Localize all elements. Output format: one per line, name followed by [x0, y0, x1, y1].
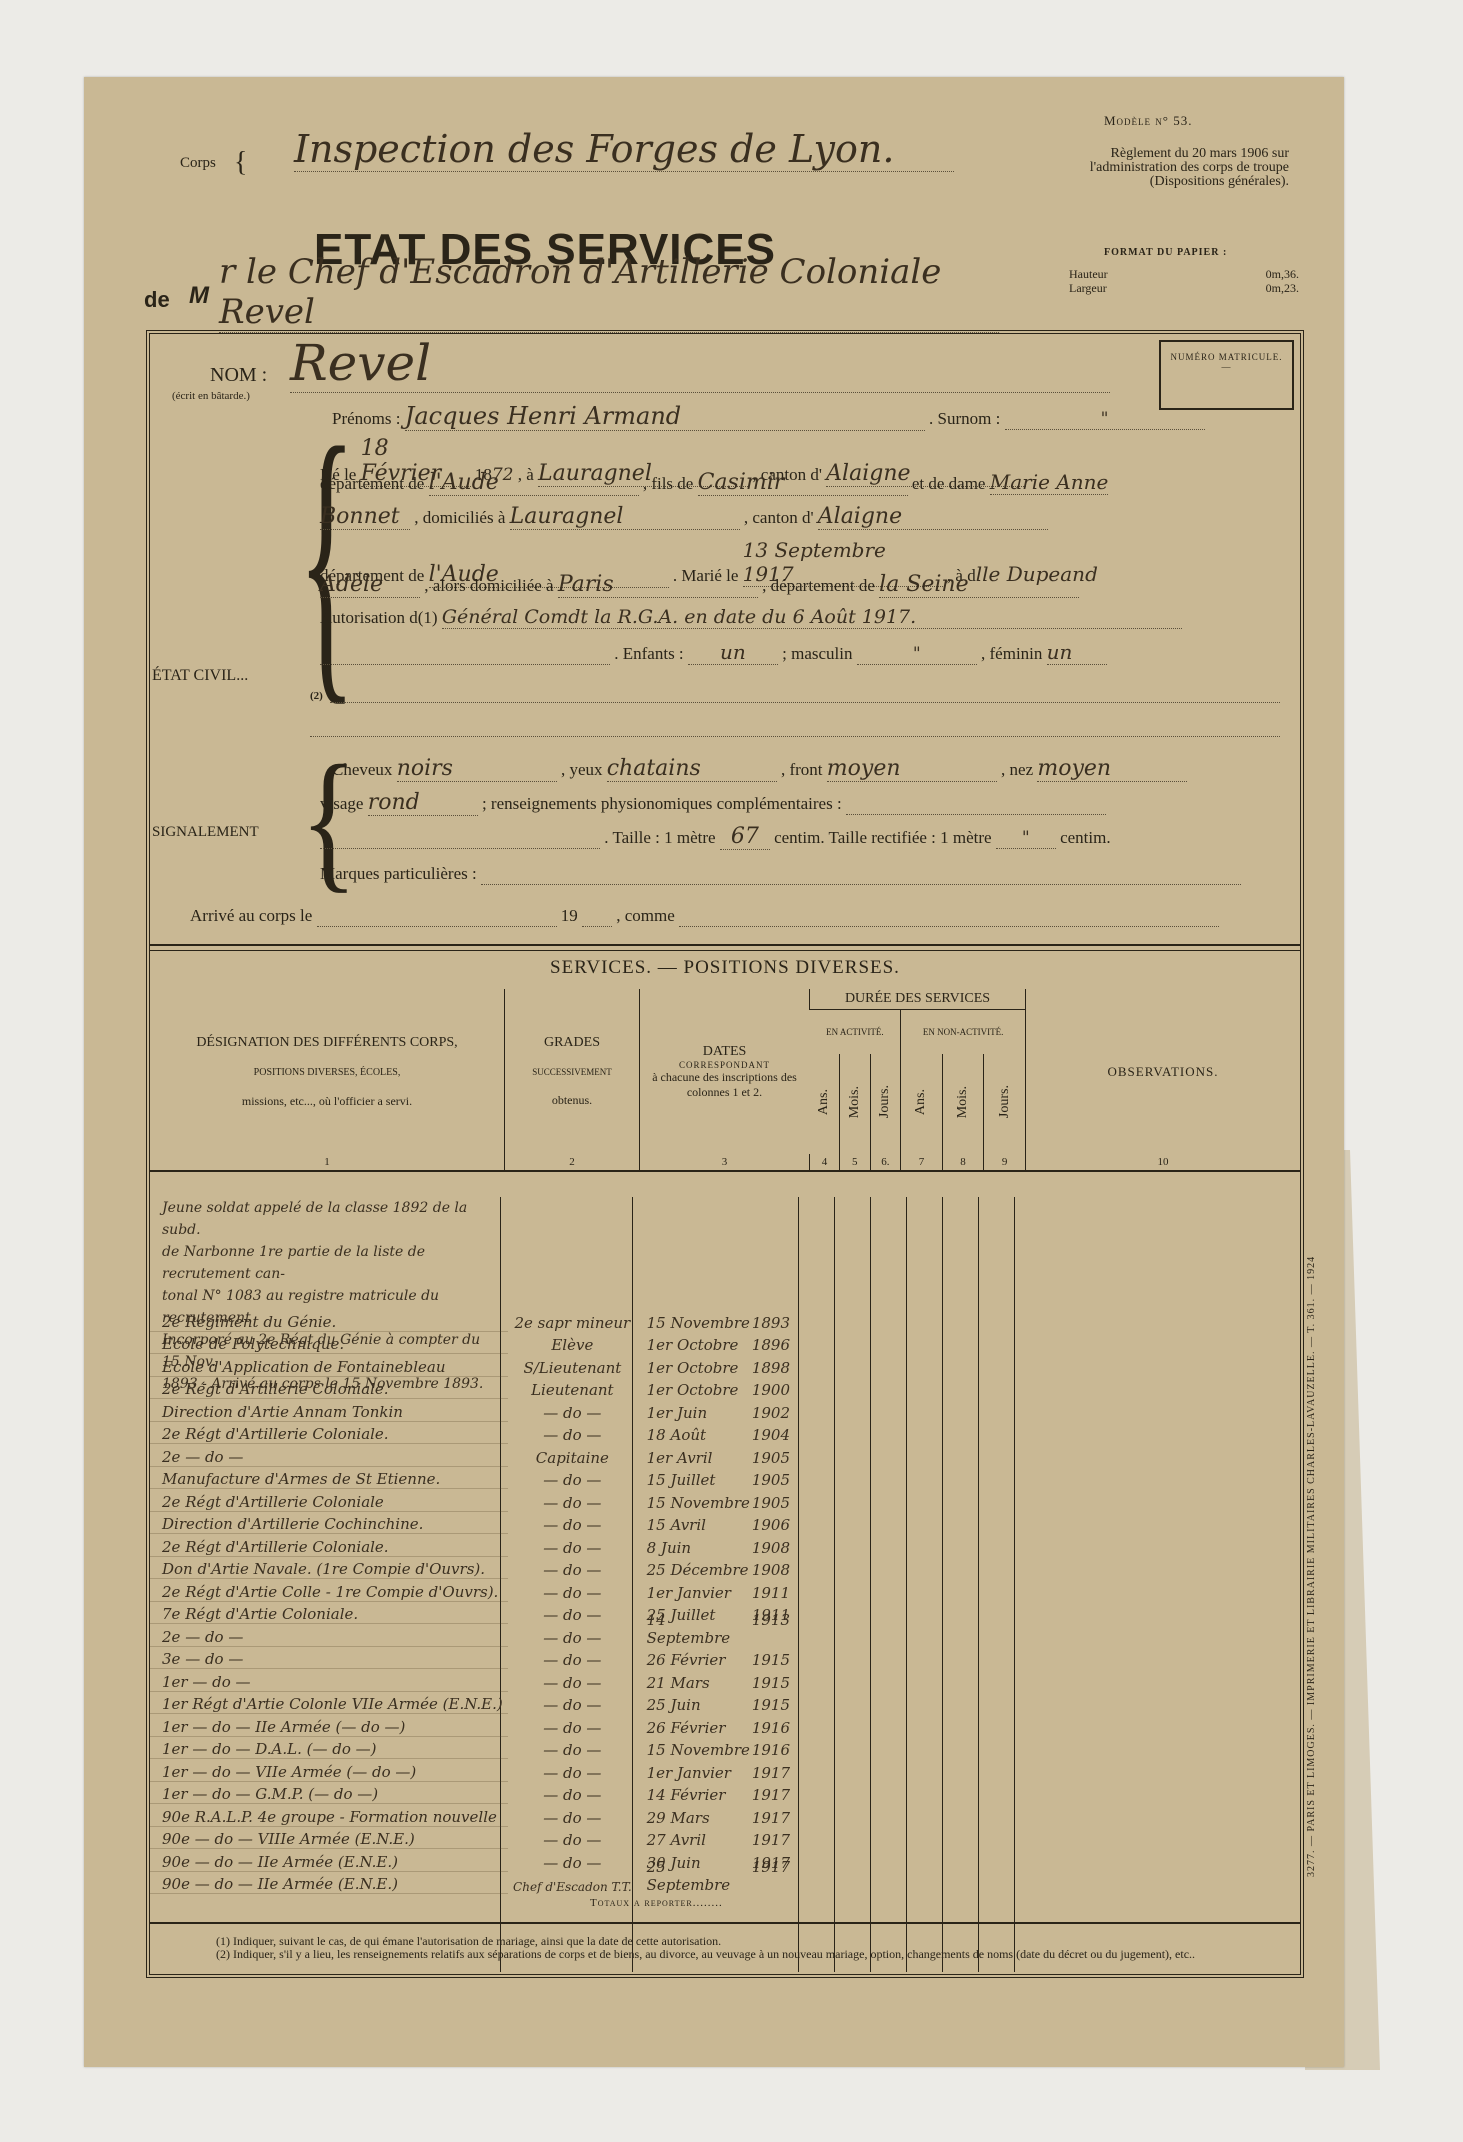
footnotes: (1) Indiquer, suivant le cas, de qui éma… — [176, 1935, 1406, 1961]
col-num: 6. — [870, 1154, 901, 1171]
col2-sub: SUCCESSIVEMENT — [507, 1067, 637, 1077]
column-divider — [834, 1197, 835, 1972]
table-row: Ecole d'Application de FontainebleauS/Li… — [150, 1354, 800, 1377]
table-row: 1er — do — IIe Armée (— do —)— do —26 Fé… — [150, 1714, 800, 1737]
col1-sub2: missions, etc..., où l'officier a servi. — [152, 1094, 502, 1109]
table-row: Direction d'Artillerie Cochinchine.— do … — [150, 1512, 800, 1535]
observations-header: OBSERVATIONS. — [1026, 989, 1301, 1154]
col-num: 7 — [901, 1154, 943, 1171]
table-row: 2e Régt d'Artillerie Coloniale.— do —18 … — [150, 1422, 800, 1445]
table-row: 2e Régiment du Génie.2e sapr mineur15 No… — [150, 1309, 800, 1332]
col2-sub2: obtenus. — [507, 1093, 637, 1108]
column-divider — [1014, 1197, 1015, 1972]
services-section: SERVICES. — POSITIONS DIVERSES. DÉSIGNAT… — [150, 77, 1300, 2067]
totaux-label: Totaux a reporter........ — [590, 1897, 723, 1909]
col-num: 3 — [640, 1154, 810, 1171]
table-row: 1er — do —— do —21 Mars1915 — [150, 1669, 800, 1692]
col2-header: GRADES SUCCESSIVEMENT obtenus. — [505, 989, 640, 1154]
col-num: 4 — [810, 1154, 840, 1171]
document-sheet: Corps { Inspection des Forges de Lyon. M… — [84, 77, 1344, 2067]
printer-imprint: 3277. — PARIS ET LIMOGES. — IMPRIMERIE E… — [1306, 977, 1317, 1877]
mois-header: Mois. — [839, 1054, 870, 1154]
col-num: 2 — [505, 1154, 640, 1171]
duree-header: DURÉE DES SERVICES — [810, 989, 1026, 1010]
jours-header: Jours. — [984, 1054, 1026, 1154]
table-row: Don d'Artie Navale. (1re Compie d'Ouvrs)… — [150, 1557, 800, 1580]
ans-header: Ans. — [810, 1054, 840, 1154]
jours-header: Jours. — [870, 1054, 901, 1154]
col1-title: DÉSIGNATION DES DIFFÉRENTS CORPS, — [152, 1035, 502, 1051]
col3-title: DATES — [642, 1044, 807, 1060]
table-row: Ecole de Polytechnique.Elève1er Octobre1… — [150, 1332, 800, 1355]
ans-header: Ans. — [901, 1054, 943, 1154]
col-num: 9 — [984, 1154, 1026, 1171]
table-row: 3e — do —— do —26 Février1915 — [150, 1647, 800, 1670]
table-row: 2e — do —— do —14 Septembre1913 — [150, 1624, 800, 1647]
table-row: 1er — do — VIIe Armée (— do —)— do —1er … — [150, 1759, 800, 1782]
col3-sub2: à chacune des inscriptions des colonnes … — [642, 1070, 807, 1100]
non-activite-header: EN NON-ACTIVITÉ. — [901, 1010, 1026, 1055]
column-divider — [870, 1197, 871, 1972]
table-row: 2e Régt d'Artillerie Coloniale.— do —8 J… — [150, 1534, 800, 1557]
col1-header: DÉSIGNATION DES DIFFÉRENTS CORPS, POSITI… — [150, 989, 505, 1154]
column-divider — [942, 1197, 943, 1972]
col1-sub: POSITIONS DIVERSES, ÉCOLES, — [152, 1067, 502, 1078]
table-row: 2e Régt d'Artillerie Coloniale— do —15 N… — [150, 1489, 800, 1512]
service-rows: 2e Régiment du Génie.2e sapr mineur15 No… — [150, 1309, 800, 1894]
table-row: Direction d'Artie Annam Tonkin— do —1er … — [150, 1399, 800, 1422]
services-title: SERVICES. — POSITIONS DIVERSES. — [150, 957, 1300, 979]
col-num: 5 — [839, 1154, 870, 1171]
activite-header: EN ACTIVITÉ. — [810, 1010, 901, 1055]
table-row: 90e — do — IIe Armée (E.N.E.)Chef d'Esca… — [150, 1872, 800, 1895]
table-row: 2e Régt d'Artie Colle - 1re Compie d'Ouv… — [150, 1579, 800, 1602]
table-row: 90e — do — VIIIe Armée (E.N.E.)— do —27 … — [150, 1827, 800, 1850]
column-divider — [906, 1197, 907, 1972]
col2-title: GRADES — [507, 1035, 637, 1051]
services-table-header: DÉSIGNATION DES DIFFÉRENTS CORPS, POSITI… — [150, 989, 1300, 1172]
col-num: 1 — [150, 1154, 505, 1171]
col3-sub: CORRESPONDANT — [642, 1060, 807, 1070]
table-row: 2e — do —Capitaine1er Avril1905 — [150, 1444, 800, 1467]
table-row: 1er — do — D.A.L. (— do —)— do —15 Novem… — [150, 1737, 800, 1760]
intro-line: Jeune soldat appelé de la classe 1892 de… — [162, 1197, 502, 1241]
table-row: Manufacture d'Armes de St Etienne.— do —… — [150, 1467, 800, 1490]
mois-header: Mois. — [942, 1054, 984, 1154]
footnote-2: (2) Indiquer, s'il y a lieu, les renseig… — [176, 1948, 1406, 1961]
table-row: 2e Régt d'Artillerie Coloniale.Lieutenan… — [150, 1377, 800, 1400]
table-row: 90e R.A.L.P. 4e groupe - Formation nouve… — [150, 1804, 800, 1827]
col3-header: DATES CORRESPONDANT à chacune des inscri… — [640, 989, 810, 1154]
table-bottom-rule — [150, 1922, 1300, 1924]
col-num: 8 — [942, 1154, 984, 1171]
intro-line: de Narbonne 1re partie de la liste de re… — [162, 1241, 502, 1285]
col-num: 10 — [1026, 1154, 1301, 1171]
table-row: 1er — do — G.M.P. (— do —)— do —14 Févri… — [150, 1782, 800, 1805]
table-row: 1er Régt d'Artie Colonle VIIe Armée (E.N… — [150, 1692, 800, 1715]
column-divider — [978, 1197, 979, 1972]
